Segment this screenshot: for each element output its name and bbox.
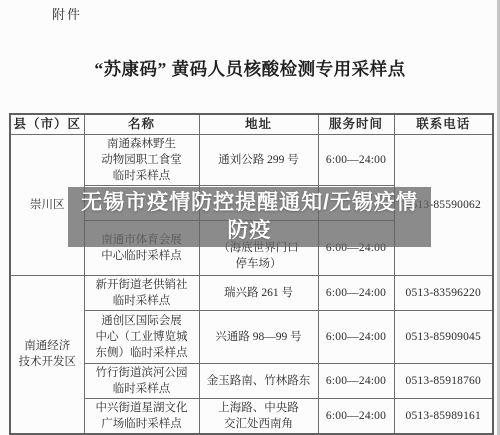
watermark-line1: 无锡市疫情防控提醒通知/无锡疫情 [81, 189, 418, 217]
header-hours: 服务时间 [318, 114, 394, 134]
site-address-cell: 上海路、中央路 交汇处西南角 [199, 398, 318, 434]
contact-phone-cell: 0513-85989161 [394, 398, 493, 434]
service-hours-cell: 6:00—24:00 [318, 398, 394, 434]
sampling-points-table: 县（市）区 名称 地址 服务时间 联系电话 崇川区 南通森林野生 动物园职工食堂… [9, 113, 494, 435]
site-name-cell: 竹行街道滨河公园 临时采样点 [84, 363, 199, 398]
header-district: 县（市）区 [10, 114, 84, 134]
site-address-cell: 通刘公路 299 号 [199, 134, 318, 185]
watermark-line2: 防疫 [228, 217, 272, 245]
district-cell-kaifaqu: 南通经济 技术开发区 [10, 275, 84, 434]
header-phone: 联系电话 [394, 114, 493, 134]
site-name-cell: 中兴街道星湖文化 广场临时采样点 [84, 398, 199, 434]
header-address: 地址 [199, 114, 318, 134]
site-name-cell: 通创区国际会展 中心（工业博览城 东侧）临时采样点 [84, 310, 199, 363]
table-header-row: 县（市）区 名称 地址 服务时间 联系电话 [10, 114, 493, 134]
header-name: 名称 [84, 114, 199, 134]
contact-phone-cell: 0513-85909045 [394, 310, 493, 363]
table-row: 崇川区 南通森林野生 动物园职工食堂 临时采样点 通刘公路 299 号 6:00… [10, 134, 493, 185]
site-address-cell: 兴通路 98—99 号 [199, 310, 318, 363]
service-hours-cell: 6:00—24:00 [318, 134, 394, 185]
contact-phone-cell: 0513-83596220 [394, 275, 493, 310]
attachment-label: 附件 [52, 4, 82, 23]
service-hours-cell: 6:00—24:00 [318, 275, 394, 310]
table-row: 南通经济 技术开发区 新开街道老供销社 临时采样点 瑞兴路 261 号 6:00… [10, 275, 493, 310]
site-address-cell: 金玉路南、竹林路东 [199, 363, 318, 398]
document-page: 附件 “苏康码” 黄码人员核酸检测专用采样点 县（市）区 名称 地址 服务时间 … [0, 0, 500, 435]
site-name-cell: 南通森林野生 动物园职工食堂 临时采样点 [84, 134, 199, 185]
service-hours-cell: 6:00—24:00 [318, 310, 394, 363]
site-address-cell: 瑞兴路 261 号 [199, 275, 318, 310]
contact-phone-cell: 0513-85918760 [394, 363, 493, 398]
document-title: “苏康码” 黄码人员核酸检测专用采样点 [0, 56, 500, 81]
site-name-cell: 新开街道老供销社 临时采样点 [84, 275, 199, 310]
watermark-overlay: 无锡市疫情防控提醒通知/无锡疫情 防疫 [68, 187, 431, 247]
service-hours-cell: 6:00—24:00 [318, 363, 394, 398]
